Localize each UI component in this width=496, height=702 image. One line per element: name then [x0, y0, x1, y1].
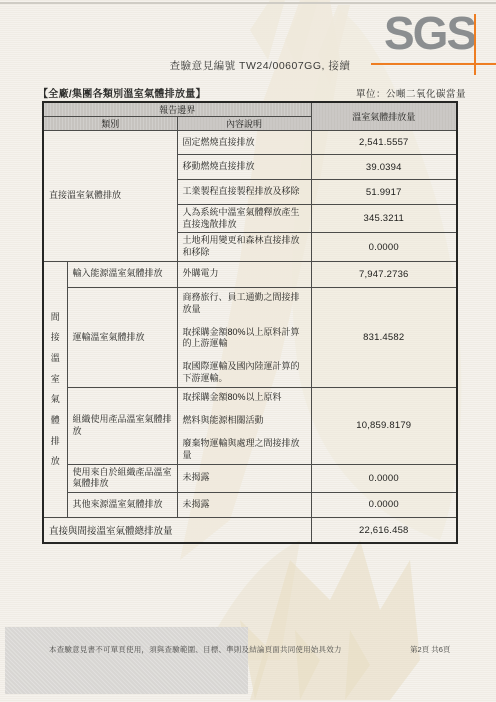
header-category: 類別 [43, 117, 177, 131]
table-row: 其他來源溫室氣體排放 未揭露 0.0000 [43, 492, 457, 517]
description-paragraph: 商務旅行、員工通勤之間接排放量 [183, 292, 307, 316]
value-cell: 0.0000 [311, 492, 457, 517]
logo-orange-horizontal-line [371, 63, 496, 65]
description-paragraph: 取採購金額80%以上原料計算的上游運輸 [183, 327, 307, 351]
description-cell: 人為系統中溫室氣體釋放產生直接逸散排放 [177, 205, 311, 233]
header-report-boundary: 報告邊界 [43, 102, 311, 117]
description-cell: 未揭露 [177, 464, 311, 492]
description-cell: 商務旅行、員工通勤之間接排放量 取採購金額80%以上原料計算的上游運輸 取國際運… [177, 287, 311, 387]
value-cell: 831.4582 [311, 287, 457, 387]
value-cell: 345.3211 [311, 205, 457, 233]
description-paragraph: 取採購金額80%以上原料 [183, 392, 307, 404]
indirect-category-vertical-text: 間接溫室氣體排放 [50, 307, 61, 473]
table-row: 運輸溫室氣體排放 商務旅行、員工通勤之間接排放量 取採購金額80%以上原料計算的… [43, 287, 457, 387]
description-cell: 移動燃燒直接排放 [177, 155, 311, 180]
value-cell: 51.9917 [311, 180, 457, 205]
value-cell: 0.0000 [311, 233, 457, 261]
unit-label: 單位：公噸二氧化碳當量 [356, 86, 466, 100]
description-cell: 未揭露 [177, 492, 311, 517]
description-cell: 工業製程直接製程排放及移除 [177, 180, 311, 205]
subcategory-cell: 使用來自於組織產品溫室氣體排放 [67, 464, 177, 492]
ghg-emissions-table: 報告邊界 溫室氣體排放量 類別 內容說明 直接溫室氣體排放 固定燃燒直接排放 2… [42, 101, 458, 544]
total-value-cell: 22,616.458 [311, 517, 457, 543]
header-description: 內容說明 [177, 117, 311, 131]
indirect-category-cell: 間接溫室氣體排放 [43, 261, 67, 517]
value-cell: 7,947.2736 [311, 261, 457, 287]
sgs-logo: SGS [384, 10, 475, 56]
header-emissions: 溫室氣體排放量 [311, 102, 457, 131]
description-paragraph: 燃料與能源相關活動 [183, 415, 307, 427]
scan-edge-line [0, 2, 496, 4]
verification-opinion-number: 查驗意見編號 TW24/00607GG, 接續 [0, 58, 496, 73]
table-row: 組織使用產品溫室氣體排放 取採購金額80%以上原料 燃料與能源相關活動 廢棄物運… [43, 388, 457, 465]
logo-orange-vertical-line [474, 14, 476, 75]
subcategory-cell: 運輸溫室氣體排放 [67, 287, 177, 387]
value-cell: 10,859.8179 [311, 388, 457, 465]
value-cell: 0.0000 [311, 464, 457, 492]
footer-disclaimer: 本查驗意見書不可單頁使用，須與查驗範圍、目標、準則及結論頁面共同使用始具效力 [49, 644, 342, 655]
subcategory-cell: 輸入能源溫室氣體排放 [67, 261, 177, 287]
subcategory-cell: 其他來源溫室氣體排放 [67, 492, 177, 517]
subcategory-cell: 組織使用產品溫室氣體排放 [67, 388, 177, 465]
description-paragraph: 廢棄物運輸與處理之間接排放量 [183, 438, 307, 462]
total-label-cell: 直接與間接溫室氣體總排放量 [43, 517, 311, 543]
scanned-document-page: SGS 查驗意見編號 TW24/00607GG, 接續 【全廠/集團各類別溫室氣… [0, 0, 496, 702]
description-cell: 取採購金額80%以上原料 燃料與能源相關活動 廢棄物運輸與處理之間接排放量 [177, 388, 311, 465]
section-title: 【全廠/集團各類別溫室氣體排放量】 [38, 85, 206, 100]
section-header-row: 【全廠/集團各類別溫室氣體排放量】 單位：公噸二氧化碳當量 [38, 85, 466, 100]
table-row: 間接溫室氣體排放 輸入能源溫室氣體排放 外購電力 7,947.2736 [43, 261, 457, 287]
description-paragraph: 取國際運輸及國內陸運計算的下游運輸。 [183, 361, 307, 385]
description-cell: 外購電力 [177, 261, 311, 287]
value-cell: 39.0394 [311, 155, 457, 180]
total-row: 直接與間接溫室氣體總排放量 22,616.458 [43, 517, 457, 543]
direct-category-cell: 直接溫室氣體排放 [43, 131, 177, 262]
value-cell: 2,541.5557 [311, 131, 457, 155]
table-row: 直接溫室氣體排放 固定燃燒直接排放 2,541.5557 [43, 131, 457, 155]
table-header-row-1: 報告邊界 溫室氣體排放量 [43, 102, 457, 117]
page-number: 第2頁 共6頁 [410, 644, 450, 655]
sgs-logo-text: SGS [384, 10, 475, 56]
description-cell: 土地利用變更和森林直接排放和移除 [177, 233, 311, 261]
footer-gray-band [5, 627, 248, 694]
table-row: 使用來自於組織產品溫室氣體排放 未揭露 0.0000 [43, 464, 457, 492]
description-cell: 固定燃燒直接排放 [177, 131, 311, 155]
